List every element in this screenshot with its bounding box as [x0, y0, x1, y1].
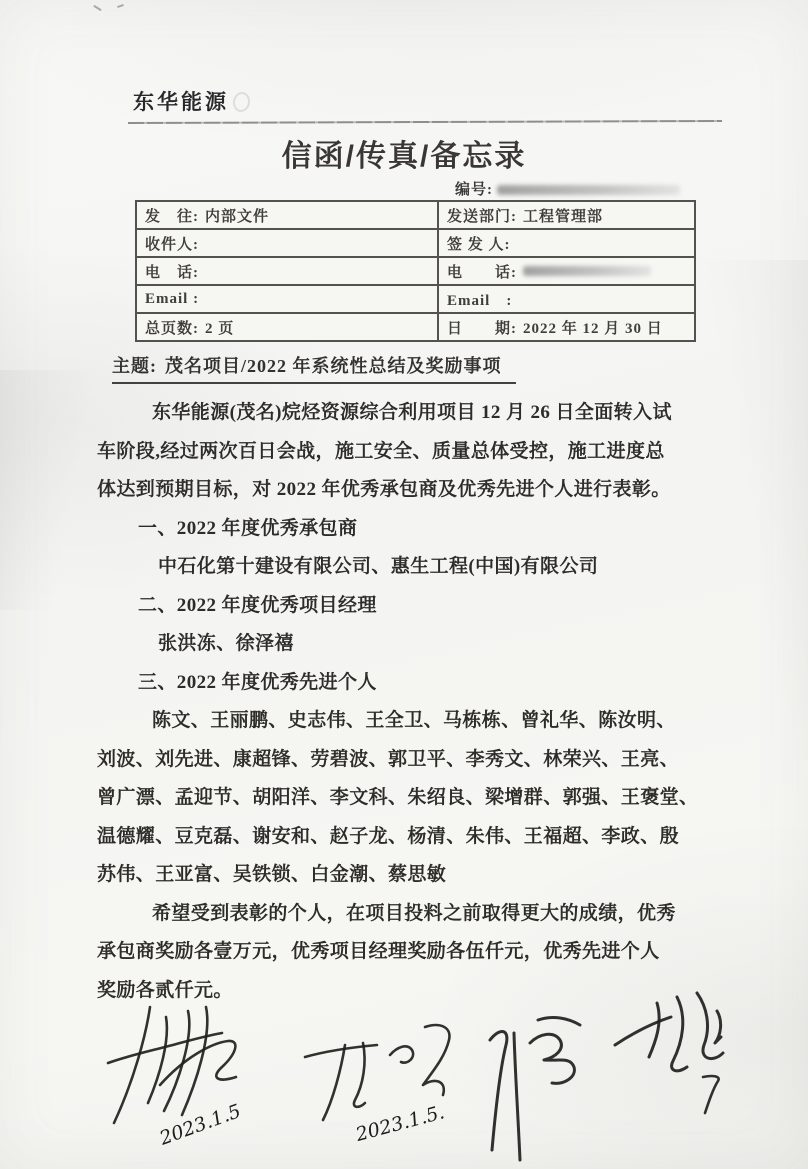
names-line: 曾广漂、孟迎节、胡阳洋、李文科、朱绍良、梁增群、郭强、王褒堂、 [97, 779, 721, 818]
section-content: 中石化第十建设有限公司、惠生工程(中国)有限公司 [97, 548, 721, 587]
paragraph-line: 希望受到表彰的个人，在项目投料之前取得更大的成绩，优秀 [97, 895, 721, 934]
section-heading: 二、2022 年度优秀项目经理 [97, 587, 721, 626]
redacted-document-number [497, 185, 680, 195]
redacted-phone-number [523, 266, 651, 276]
signature-2: 2023.1.5. [295, 1005, 480, 1145]
signature-1-scribble: 2023.1.5 [100, 995, 310, 1145]
subject-label: 主题: [112, 356, 157, 376]
cell-value: 内部文件 [205, 205, 269, 226]
paragraph-line: 承包商奖励各壹万元，优秀项目经理奖励各伍仟元，优秀先进个人 [97, 933, 721, 972]
cell-label: 电 话: [447, 261, 517, 282]
cell-label: 日 期: [447, 317, 517, 338]
header-divider [128, 120, 722, 124]
document-number-line: 编号: [455, 178, 680, 199]
info-table: 发 往: 内部文件 发送部门: 工程管理部 收件人: 签 发 人: 电 话: 电… [135, 200, 696, 342]
cell-label: 发送部门: [447, 205, 517, 226]
signature-1-date: 2023.1.5 [156, 1100, 244, 1145]
cell-phone-left: 电 话: [137, 258, 437, 284]
section-heading: 一、2022 年度优秀承包商 [97, 510, 721, 549]
document-title: 信函/传真/备忘录 [0, 131, 808, 175]
cell-email-right: Email : [439, 286, 694, 312]
cell-issuer: 签 发 人: [439, 230, 694, 256]
scan-artifact [93, 5, 102, 11]
signature-2-date: 2023.1.5. [353, 1101, 447, 1145]
signature-1: 2023.1.5 [100, 995, 310, 1145]
cell-value: 2022 年 12 月 30 日 [523, 317, 663, 338]
scan-artifact [117, 4, 124, 8]
paragraph-line: 体达到预期目标，对 2022 年优秀承包商及优秀先进个人进行表彰。 [97, 471, 721, 510]
signature-4 [605, 985, 755, 1130]
logo-mark-artifact [231, 91, 251, 114]
signature-3 [468, 1005, 608, 1165]
company-logo: 东华能源 [133, 86, 229, 116]
signature-4-scribble [605, 985, 755, 1130]
subject-text: 茂名项目/2022 年系统性总结及奖励事项 [165, 356, 502, 376]
paragraph-line: 车阶段,经过两次百日会战，施工安全、质量总体受控，施工进度总 [97, 433, 721, 472]
cell-label: Email : [447, 289, 512, 310]
cell-phone-right: 电 话: [439, 258, 694, 284]
signature-3-scribble [468, 1005, 608, 1165]
paragraph-line: 东华能源(茂名)烷烃资源综合利用项目 12 月 26 日全面转入试 [97, 394, 721, 433]
subject-line: 主题:茂名项目/2022 年系统性总结及奖励事项 [112, 352, 516, 384]
cell-label: Email : [145, 291, 199, 308]
cell-label: 总页数: [145, 317, 199, 338]
number-label: 编号: [455, 178, 493, 199]
cell-label: 发 往: [145, 205, 199, 226]
names-line: 温德耀、豆克磊、谢安和、赵子龙、杨清、朱伟、王福超、李政、殷 [97, 818, 721, 857]
cell-label: 签 发 人: [447, 233, 511, 254]
cell-total-pages: 总页数: 2 页 [137, 314, 437, 340]
names-line: 陈文、王丽鹏、史志伟、王全卫、马栋栋、曾礼华、陈汝明、 [97, 702, 721, 741]
cell-email-left: Email : [137, 286, 437, 312]
document-page: 东华能源 信函/传真/备忘录 编号: 发 往: 内部文件 发送部门: 工程管理部… [0, 0, 808, 1169]
cell-sending-department: 发送部门: 工程管理部 [439, 202, 694, 228]
signature-2-scribble: 2023.1.5. [295, 1005, 480, 1145]
cell-label: 收件人: [145, 233, 199, 254]
names-line: 刘波、刘先进、康超锋、劳碧波、郭卫平、李秀文、林荣兴、王亮、 [97, 741, 721, 780]
cell-to: 发 往: 内部文件 [137, 202, 437, 228]
cell-recipient: 收件人: [137, 230, 437, 256]
cell-date: 日 期: 2022 年 12 月 30 日 [439, 314, 694, 340]
names-line: 苏伟、王亚富、吴铁锁、白金潮、蔡思敏 [97, 856, 721, 895]
cell-label: 电 话: [145, 261, 199, 282]
document-body: 东华能源(茂名)烷烃资源综合利用项目 12 月 26 日全面转入试 车阶段,经过… [97, 394, 721, 1010]
cell-value: 工程管理部 [523, 205, 603, 226]
section-content: 张洪冻、徐泽禧 [97, 625, 721, 664]
cell-value: 2 页 [205, 317, 234, 338]
section-heading: 三、2022 年度优秀先进个人 [97, 664, 721, 703]
